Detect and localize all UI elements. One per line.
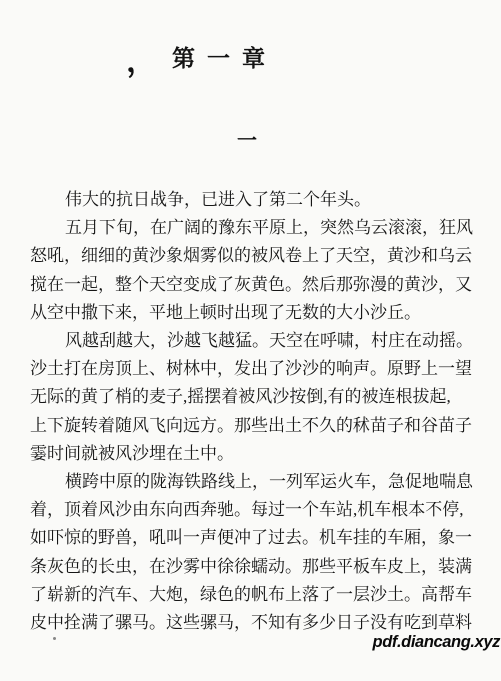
text-line: 条灰色的长虫，在沙雾中徐徐蠕动。那些平板车皮上，装满: [30, 553, 490, 581]
text-line: 无际的黄了梢的麦子,摇摆着被风沙按倒,有的被连根拔起,: [30, 383, 490, 411]
scan-speck: [53, 637, 56, 640]
text-line: 上下旋转着随风飞向远方。那些出土不久的秫苗子和谷苗子: [30, 412, 490, 440]
text-line: 伟大的抗日战争，已进入了第二个年头。: [30, 186, 490, 214]
body-text: 伟大的抗日战争，已进入了第二个年头。五月下旬，在广阔的豫东平原上，突然乌云滚滚，…: [30, 186, 490, 637]
text-line: 沙土打在房顶上、树林中，发出了沙沙的响声。原野上一望: [30, 355, 490, 383]
text-line: 了崭新的汽车、大炮，绿色的帆布上落了一层沙土。高帮车: [30, 581, 490, 609]
book-page: ， 第一章 一 伟大的抗日战争，已进入了第二个年头。五月下旬，在广阔的豫东平原上…: [0, 0, 501, 681]
watermark: pdf.diancang.xyz: [368, 632, 500, 653]
text-line: 风越刮越大，沙越飞越猛。天空在呼啸，村庄在动摇。: [30, 327, 490, 355]
text-line: 怒吼，细细的黄沙象烟雾似的被风卷上了天空，黄沙和乌云: [30, 242, 490, 270]
text-line: 五月下旬，在广阔的豫东平原上，突然乌云滚滚，狂风: [30, 214, 490, 242]
text-line: 横跨中原的陇海铁路线上，一列军运火车，急促地喘息: [30, 468, 490, 496]
chapter-title: 第一章: [172, 40, 277, 73]
text-line: 从空中撒下来，平地上顿时出现了无数的大小沙丘。: [30, 299, 490, 327]
stray-comma-mark: ，: [123, 44, 157, 78]
text-line: 霎时间就被风沙埋在土中。: [30, 440, 490, 468]
text-line: 如吓惊的野兽，吼叫一声便冲了过去。机车挂的车厢，象一: [30, 524, 490, 552]
section-marker: 一: [237, 131, 257, 151]
text-line: 搅在一起，整个天空变成了灰黄色。然后那弥漫的黄沙，又: [30, 271, 490, 299]
text-line: 着，顶着风沙由东向西奔驰。每过一个车站,机车根本不停,: [30, 496, 490, 524]
